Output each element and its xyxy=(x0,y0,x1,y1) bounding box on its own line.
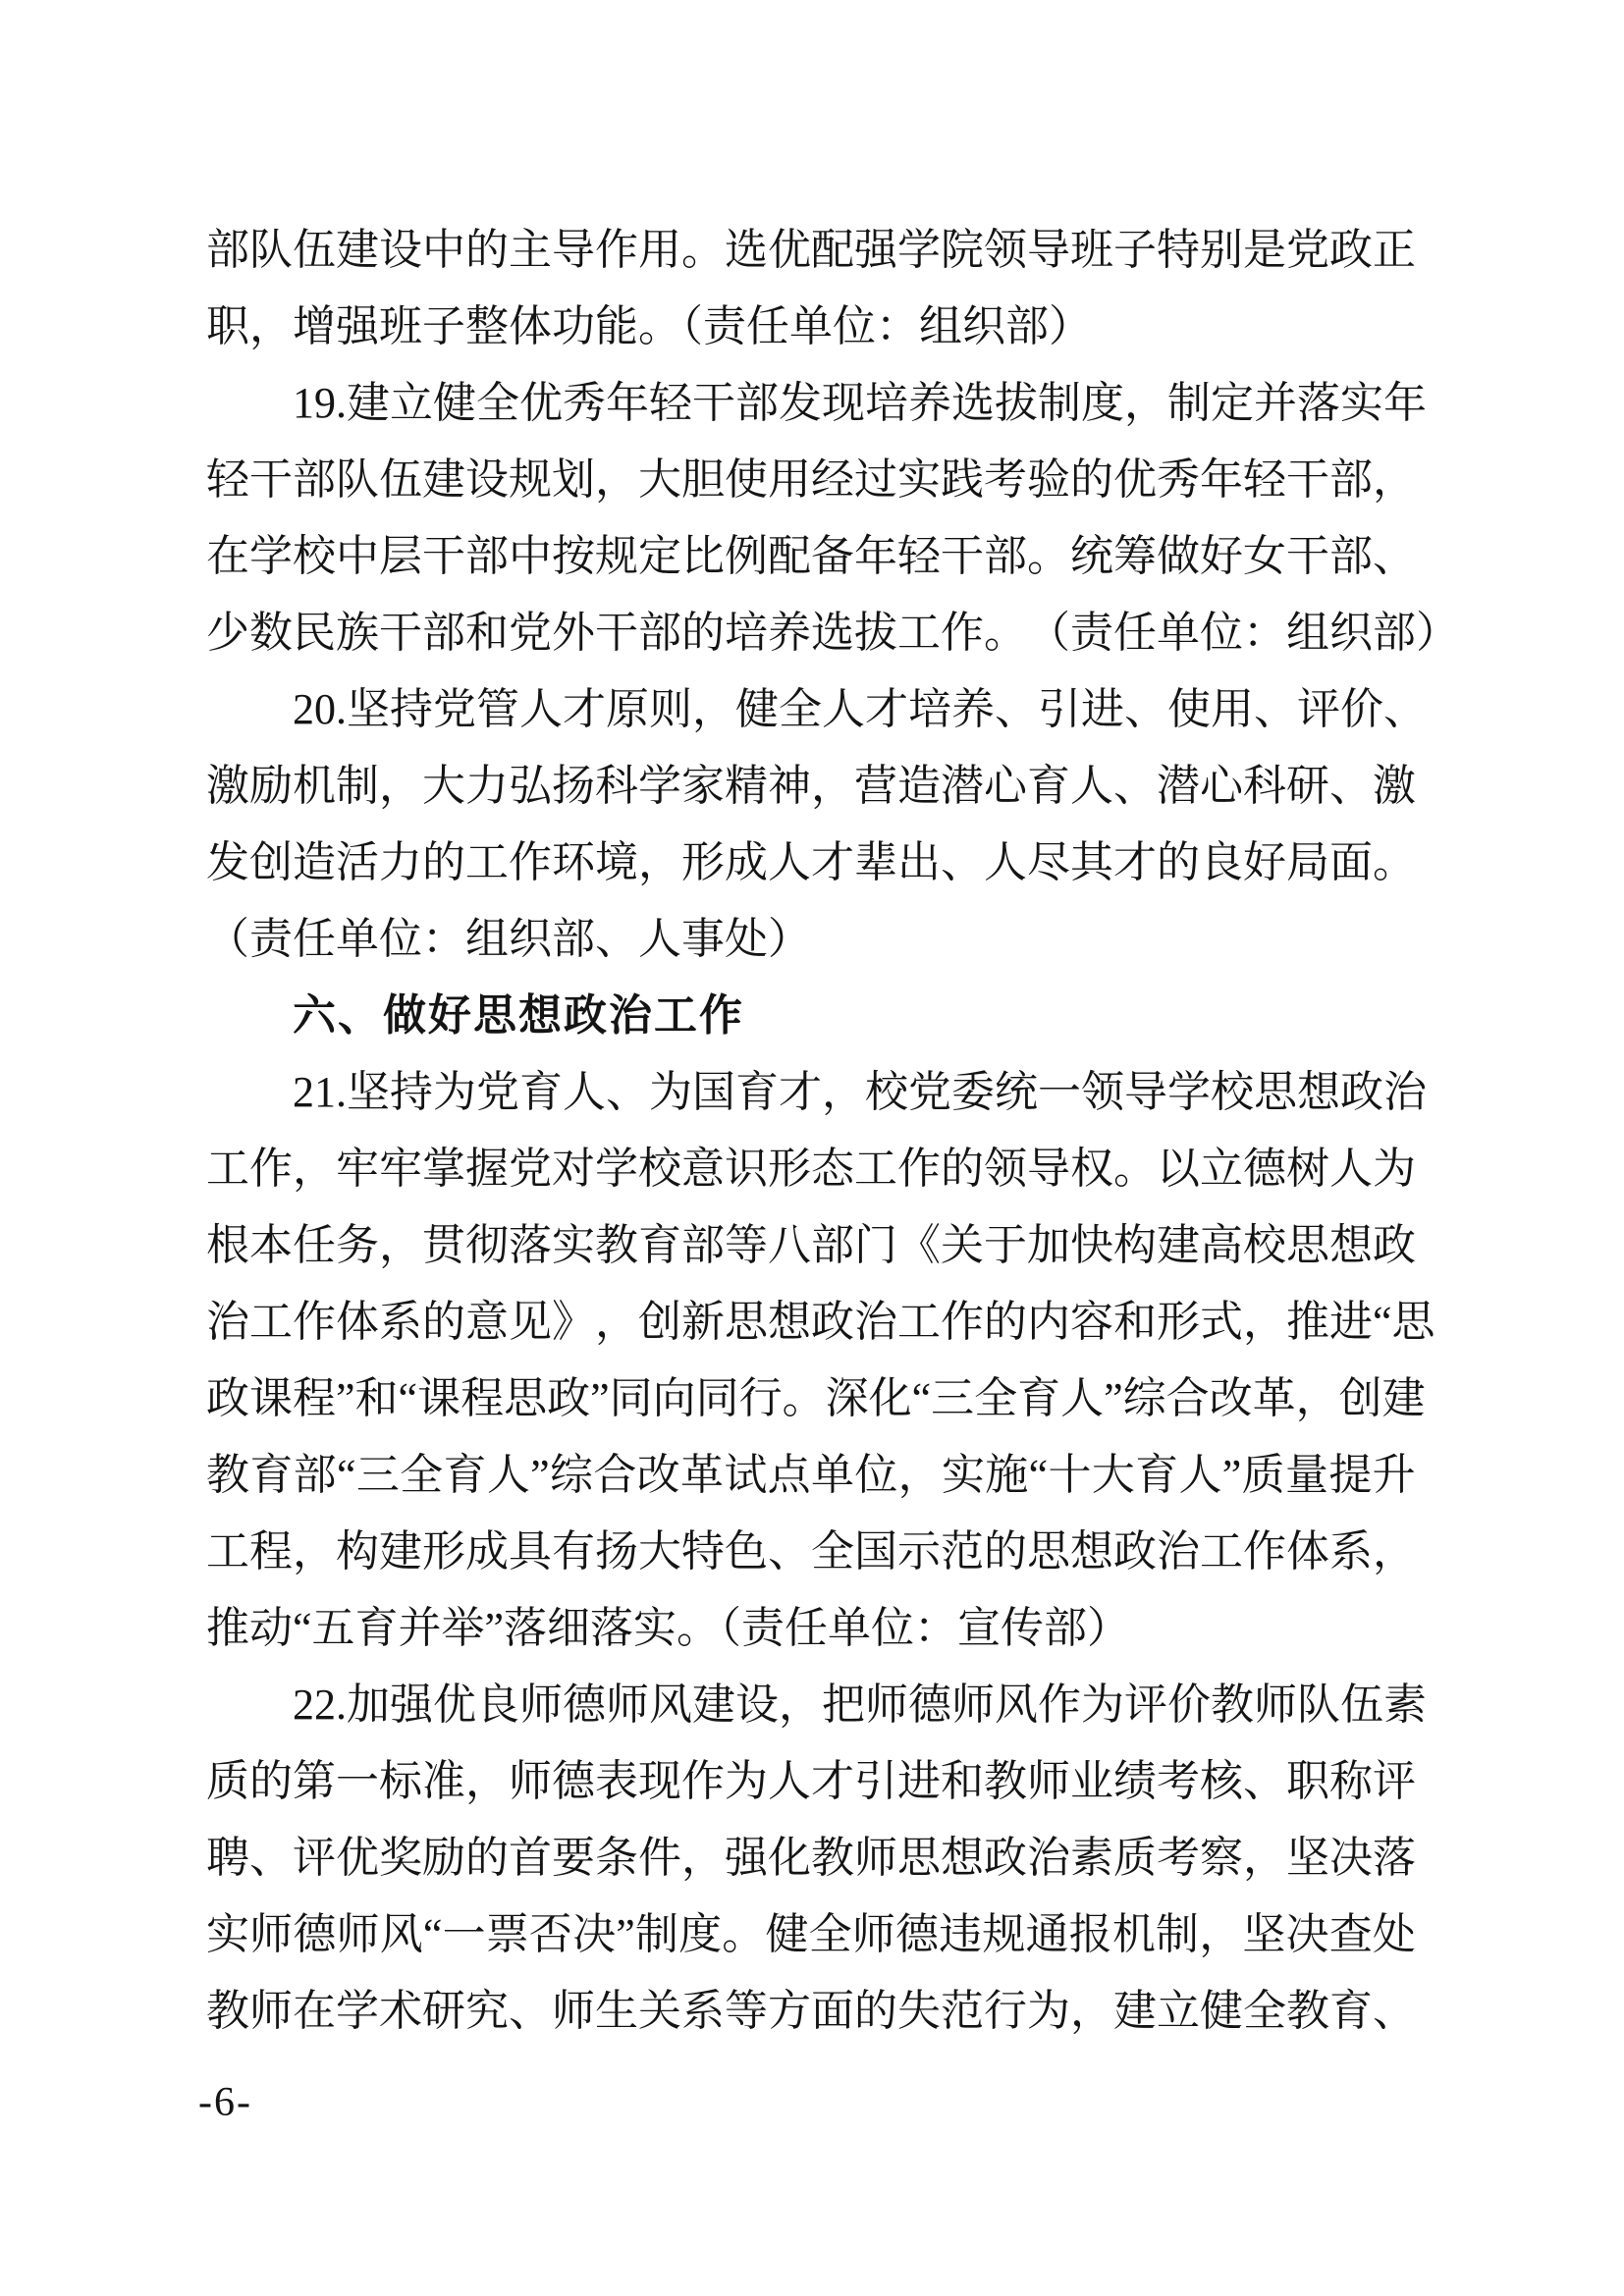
text-line: 实师德师风“一票否决”制度。健全师德违规通报机制，坚决查处 xyxy=(206,1896,1416,1973)
text-line: 激励机制，大力弘扬科学家精神，营造潜心育人、潜心科研、激 xyxy=(206,748,1416,825)
text-line: 部队伍建设中的主导作用。选优配强学院领导班子特别是党政正 xyxy=(206,212,1416,289)
text-line: 质的第一标准，师德表现作为人才引进和教师业绩考核、职称评 xyxy=(206,1743,1416,1820)
text-line: 教育部“三全育人”综合改革试点单位，实施“十大育人”质量提升 xyxy=(206,1437,1416,1514)
text-line: （责任单位：组织部、人事处） xyxy=(206,901,1416,978)
text-line: 轻干部队伍建设规划，大胆使用经过实践考验的优秀年轻干部， xyxy=(206,442,1416,518)
text-line: 治工作体系的意见》，创新思想政治工作的内容和形式，推进“思 xyxy=(206,1284,1416,1361)
text-line: 根本任务，贯彻落实教育部等八部门《关于加快构建高校思想政 xyxy=(206,1207,1416,1284)
text-line: 20.坚持党管人才原则，健全人才培养、引进、使用、评价、 xyxy=(206,671,1416,748)
document-page: 部队伍建设中的主导作用。选优配强学院领导班子特别是党政正职，增强班子整体功能。（… xyxy=(0,0,1624,2296)
section-heading: 六、做好思想政治工作 xyxy=(206,978,1416,1054)
text-line: 教师在学术研究、师生关系等方面的失范行为，建立健全教育、 xyxy=(206,1973,1416,2050)
text-line: 推动“五育并举”落细落实。（责任单位：宣传部） xyxy=(206,1590,1416,1667)
text-line: 19.建立健全优秀年轻干部发现培养选拔制度，制定并落实年 xyxy=(206,365,1416,442)
text-line: 发创造活力的工作环境，形成人才辈出、人尽其才的良好局面。 xyxy=(206,825,1416,901)
text-line: 聘、评优奖励的首要条件，强化教师思想政治素质考察，坚决落 xyxy=(206,1820,1416,1896)
text-line: 22.加强优良师德师风建设，把师德师风作为评价教师队伍素 xyxy=(206,1667,1416,1743)
text-block: 部队伍建设中的主导作用。选优配强学院领导班子特别是党政正职，增强班子整体功能。（… xyxy=(206,212,1416,2050)
text-line: 21.坚持为党育人、为国育才，校党委统一领导学校思想政治 xyxy=(206,1054,1416,1131)
text-line: 少数民族干部和党外干部的培养选拔工作。（责任单位：组织部） xyxy=(206,595,1416,671)
text-line: 工作，牢牢掌握党对学校意识形态工作的领导权。以立德树人为 xyxy=(206,1131,1416,1207)
text-line: 职，增强班子整体功能。（责任单位：组织部） xyxy=(206,289,1416,365)
page-number: -6- xyxy=(198,2079,252,2126)
text-line: 工程，构建形成具有扬大特色、全国示范的思想政治工作体系， xyxy=(206,1514,1416,1590)
text-line: 政课程”和“课程思政”同向同行。深化“三全育人”综合改革，创建 xyxy=(206,1361,1416,1437)
text-line: 在学校中层干部中按规定比例配备年轻干部。统筹做好女干部、 xyxy=(206,518,1416,595)
